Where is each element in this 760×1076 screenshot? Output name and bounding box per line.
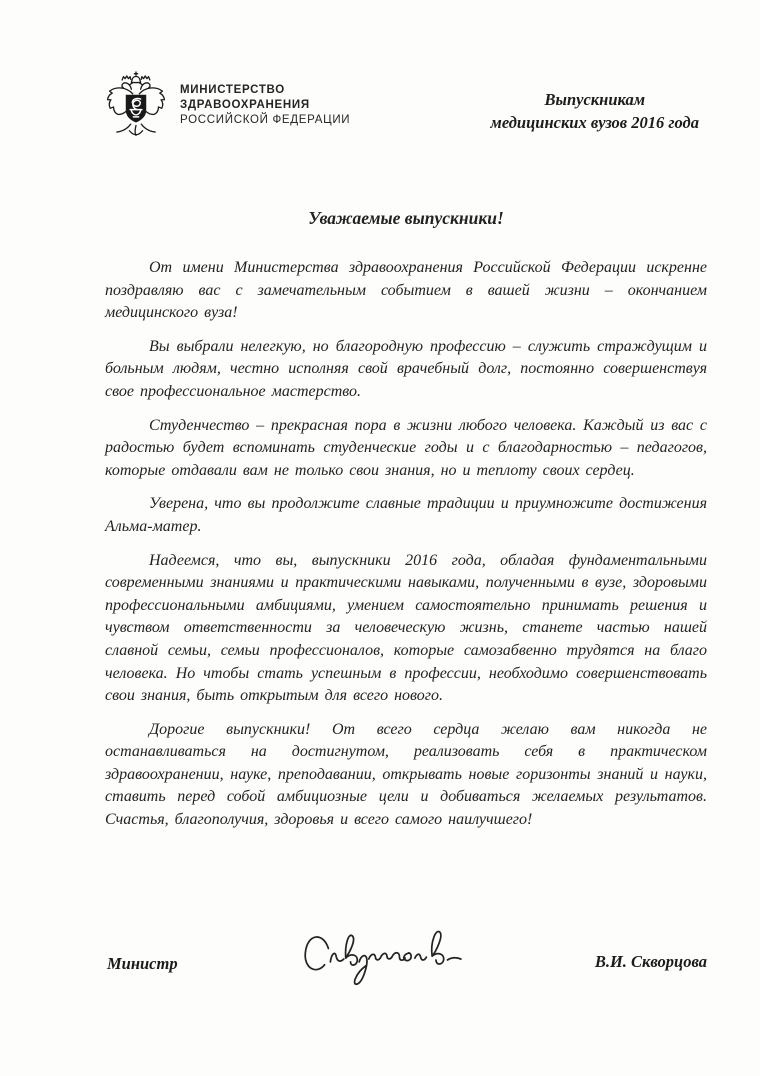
paragraph-2: Вы выбрали нелегкую, но благородную проф… [105,336,707,404]
ministry-line-2: ЗДРАВООХРАНЕНИЯ [180,98,350,113]
letterhead: МИНИСТЕРСТВО ЗДРАВООХРАНЕНИЯ РОССИЙСКОЙ … [103,70,707,144]
ministry-line-1: МИНИСТЕРСТВО [180,83,350,98]
salutation: Уважаемые выпускники! [105,206,707,230]
paragraph-4: Уверена, что вы продолжите славные тради… [105,493,707,538]
letter-body: Уважаемые выпускники! От имени Министерс… [105,206,707,843]
coat-of-arms-icon [103,70,169,144]
signature-block: Министр В.И. Скворцова [105,912,707,1012]
addressee-block: Выпускникам медицинских вузов 2016 года [491,88,699,134]
ministry-name-block: МИНИСТЕРСТВО ЗДРАВООХРАНЕНИЯ РОССИЙСКОЙ … [180,83,350,128]
paragraph-5: Надеемся, что вы, выпускники 2016 года, … [105,550,707,708]
paragraph-1: От имени Министерства здравоохранения Ро… [105,257,707,325]
handwritten-signature [295,912,479,1008]
paragraph-3: Студенчество – прекрасная пора в жизни л… [105,415,707,483]
position-title: Министр [107,954,178,974]
paragraph-6: Дорогие выпускники! От всего сердца жела… [105,719,707,832]
addressee-line-2: медицинских вузов 2016 года [491,111,699,134]
signer-name: В.И. Скворцова [595,952,707,972]
ministry-line-3: РОССИЙСКОЙ ФЕДЕРАЦИИ [180,113,350,128]
addressee-line-1: Выпускникам [491,88,699,111]
letter-page: МИНИСТЕРСТВО ЗДРАВООХРАНЕНИЯ РОССИЙСКОЙ … [0,0,760,1076]
